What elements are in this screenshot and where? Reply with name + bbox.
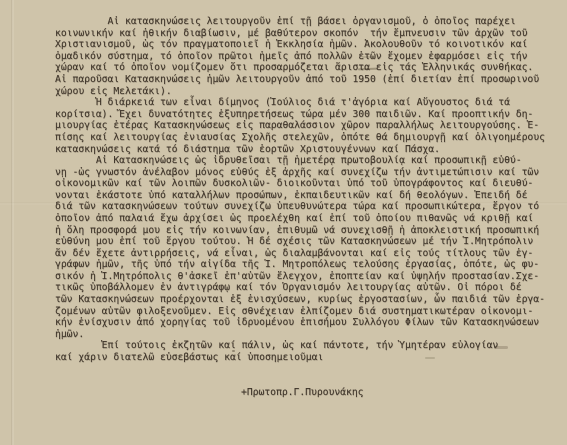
text-line: Αἱ παροῦσαι Κατασκηνώσεις ἡμῶν λειτουργο… <box>55 74 560 86</box>
text-line: ἡμῶν. <box>55 329 560 341</box>
letter-sheet: Αἱ κατασκηνώσεις λειτουργοῦν ἐπί τῇ βάσε… <box>0 0 567 445</box>
text-line: ἡ ὅλη προσφορά μου εἰς τήν κοινωνίαν, ἐπ… <box>55 225 560 237</box>
text-line: γράφων ἡμῶν, τῆς ὑπό τήν αἰγίδα τῆς Ἱ. Μ… <box>55 259 560 271</box>
signature-line: +Πρωτοπρ.Γ.Πυρουνάκης <box>55 387 560 399</box>
text-line: κατασκηνώσεις κατά τό διάστημα τῶν ἑορτῶ… <box>55 144 560 156</box>
text-line: νονται ἑκάστοτε ὑπό καταλλήλων προσώπων,… <box>55 190 560 202</box>
text-line: Αἱ Κατασκηνώσεις ὡς ἱδρυθεῖσαι τῇ ἡμετέρ… <box>55 155 560 167</box>
text-line: σικόν ἡ Ἱ.Μητρόπολις θ'ἀσκεῖ ἐπ'αὐτῶν ἔλ… <box>55 271 560 283</box>
text-line: χώρου εἰς Μελετάκι). <box>55 86 560 98</box>
text-line: Χριστιανισμοῦ, ὡς τόν πραγματοποιεῖ ἡ Ἐκ… <box>55 39 560 51</box>
text-line: χώραν καί τό ὁποῖον νομίζομεν ὅτι προσαρ… <box>55 62 560 74</box>
text-line: οἰκονομικῶν καί τῶν λοιπῶν δυσκολιῶν- δι… <box>55 178 560 190</box>
text-line: Αἱ κατασκηνώσεις λειτουργοῦν ἐπί τῇ βάσε… <box>55 16 560 28</box>
text-line: Ἐπί τούτοις ἐκζητῶν καί πάλιν, ὡς καί πά… <box>55 340 560 352</box>
text-line: Ἡ διάρκειά των εἶναι δίμηνος (Ἰούλιος δι… <box>55 97 560 109</box>
lines-slot: Αἱ κατασκηνώσεις λειτουργοῦν ἐπί τῇ βάσε… <box>55 16 560 363</box>
text-line: ἄν δέν ἔχετε ἀντιρρήσεις, νά εἶναι, ὡς δ… <box>55 248 560 260</box>
vertical-fold-line <box>11 0 14 445</box>
document-body: Αἱ κατασκηνώσεις λειτουργοῦν ἐπί τῇ βάσε… <box>55 0 560 421</box>
text-line: εὐθύνη μου ἐπί τοῦ ἔργου τούτου. Ἡ δέ σχ… <box>55 236 560 248</box>
text-line: κήν ἐνίσχυσιν ἀπό χορηγίας τοῦ ἱδρυομένο… <box>55 317 560 329</box>
text-line: τικῶς ὑποβάλλομεν ἐν ἀντιγράφῳ καί τόν Ὀ… <box>55 282 560 294</box>
text-line: κορίτσια). Ἔχει δυνατότητες ἐξυπηρετήσεω… <box>55 109 560 121</box>
text-line: κοινωνικήν καί ἠθικήν διαβίωσιν, μέ βαθύ… <box>55 28 560 40</box>
text-line: ζομένων αὐτῶν φιλοξενοῦμεν. Εἰς σθνέχεια… <box>55 306 560 318</box>
text-line: διά τῶν κατασκηνώσεων τούτων συνεχίζω ὑπ… <box>55 201 560 213</box>
text-line: μιουργίας ἑτέρας Κατασκηνώσεως εἰς παραθ… <box>55 120 560 132</box>
text-line: πίσης καί λειτουργίας ἐνιαυσίας Σχολῆς σ… <box>55 132 560 144</box>
text-line: ὁμαδικόν σύστημα, τό ὁποῖον πρῶτοι ἡμεῖς… <box>55 51 560 63</box>
text-line: τῶν Κατασκηνώσεων προέρχονται ἐξ ἐνισχύσ… <box>55 294 560 306</box>
text-line: καί χάριν διατελῶ εὐσεβάστως καί ὑποσημε… <box>55 352 560 364</box>
text-line: νῃ -ὡς γνωστόν ἀνέλαβον μόνος εὐθύς ἐξ ἀ… <box>55 167 560 179</box>
text-line: ὁποῖον ἀπό παλαιά ἔχω ἀρχίσει ὡς προελέχ… <box>55 213 560 225</box>
